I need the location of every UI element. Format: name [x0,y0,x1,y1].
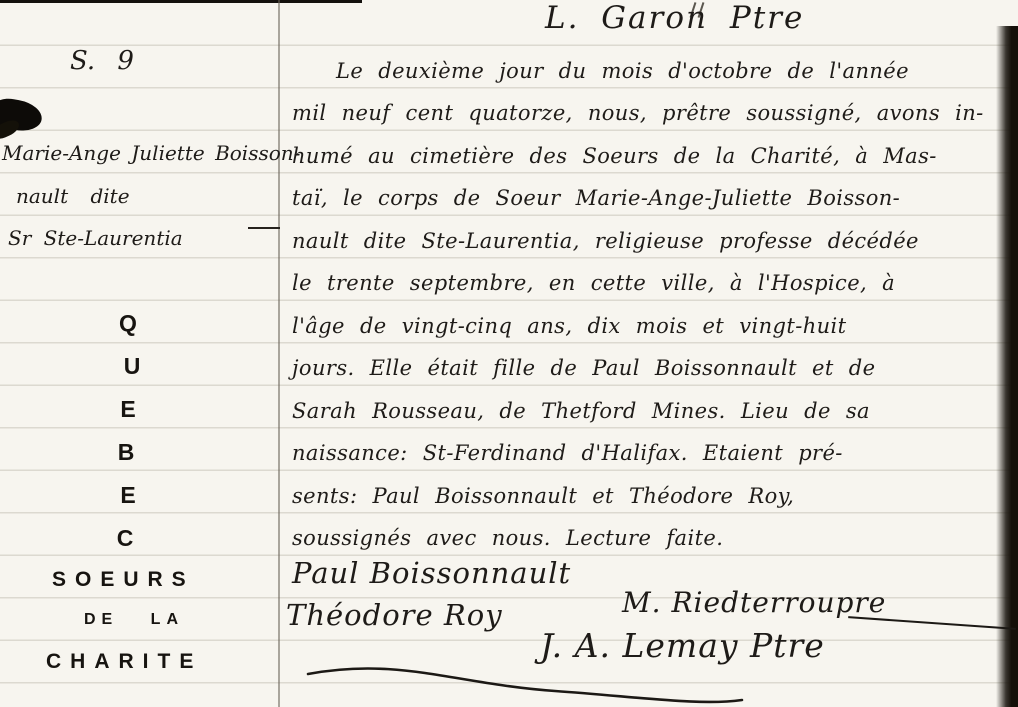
margin-name-line2: nault dite [16,184,130,208]
record-line: naissance: St-Ferdinand d'Halifax. Etaie… [292,423,1008,466]
vertical-letter: E [108,474,148,517]
record-body: Le deuxième jour du mois d'octobre de l'… [292,40,1008,550]
vertical-word-quebec: Q U E B E C [108,302,148,560]
margin-rule-line [278,0,280,707]
vertical-letter: B [106,431,146,474]
congregation-line2: DE LA [84,611,184,629]
vertical-letter: U [112,345,152,388]
record-line: le trente septembre, en cette ville, à l… [292,253,1008,296]
vertical-letter: E [108,388,148,431]
signature-witness-1: Paul Boissonnault [292,556,571,590]
entry-number: S. 9 [70,46,134,76]
ink-blot [0,100,48,136]
page-top-edge-line [0,0,362,3]
vertical-letter: C [105,517,145,560]
record-line: nault dite Ste-Laurentia, religieuse pro… [292,210,1008,253]
record-line: jours. Elle était fille de Paul Boissonn… [292,338,1008,381]
margin-name-line1: Marie-Ange Juliette Boisson- [2,141,300,165]
record-line: Le deuxième jour du mois d'octobre de l'… [292,40,1008,83]
signature-annotation: M. Riedterroupre [622,586,886,619]
record-line: Sarah Rousseau, de Thetford Mines. Lieu … [292,380,1008,423]
record-line: mil neuf cent quatorze, nous, prêtre sou… [292,83,1008,126]
header-signature: L. Garon Ptre [545,0,804,36]
congregation-line1: SOEURS [52,568,195,592]
record-line: soussignés avec nous. Lecture faite. [292,508,1008,551]
signature-priest: J. A. Lemay Ptre [540,626,825,665]
margin-name-line3: Sr Ste-Laurentia [8,226,183,250]
register-page: L. Garon Ptre S. 9 Marie-Ange Juliette B… [0,0,1018,707]
vertical-letter: Q [108,302,148,345]
record-line: taï, le corps de Soeur Marie-Ange-Juliet… [292,168,1008,211]
signature-witness-2: Théodore Roy [286,598,503,632]
congregation-line3: CHARITE [46,650,202,674]
record-line: sents: Paul Boissonnault et Théodore Roy… [292,465,1008,508]
signature-annotation-underline [848,616,1016,630]
record-line: l'âge de vingt-cinq ans, dix mois et vin… [292,295,1008,338]
margin-dash [248,227,280,229]
record-line: humé au cimetière des Soeurs de la Chari… [292,125,1008,168]
